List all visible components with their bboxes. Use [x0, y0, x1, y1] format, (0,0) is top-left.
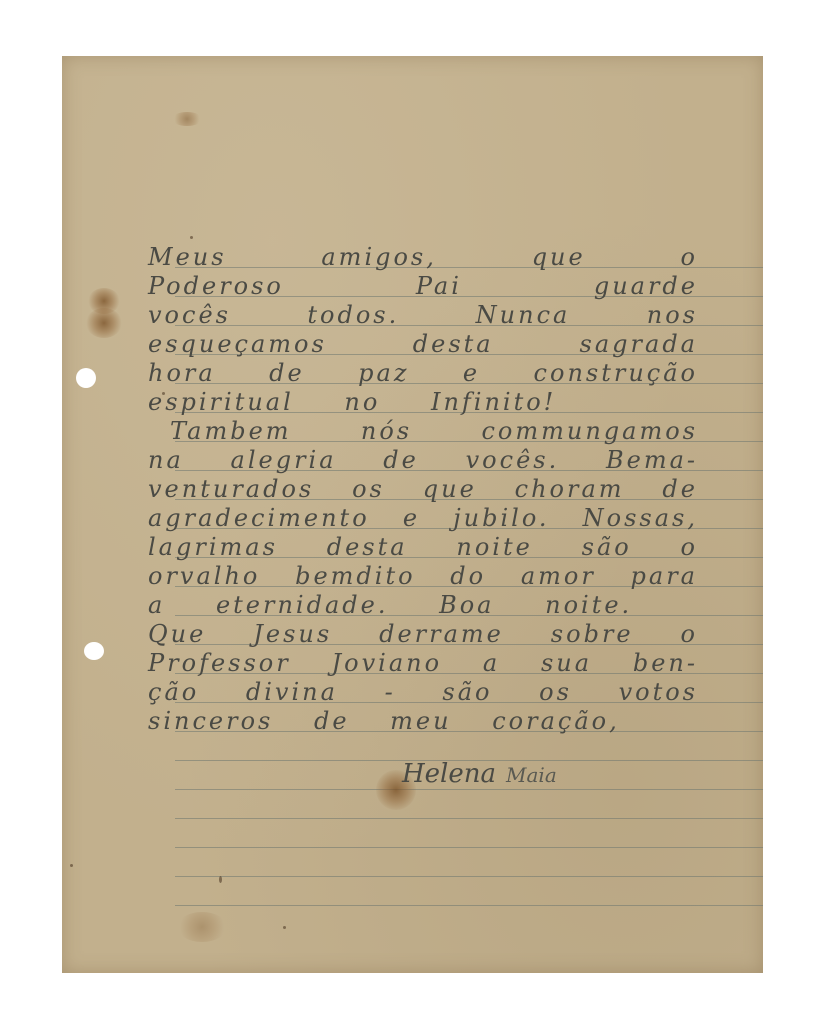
letter-line: Professor Joviano a sua ben-	[148, 651, 698, 675]
letter-line: lagrimas desta noite são o	[148, 535, 698, 559]
speck	[190, 236, 193, 239]
stain	[86, 308, 122, 338]
speck	[283, 926, 286, 929]
stain	[172, 112, 202, 126]
punch-hole-bottom	[84, 642, 104, 660]
letter-line: esqueçamos desta sagrada	[148, 332, 698, 356]
letter-line: vocês todos. Nunca nos	[148, 303, 698, 327]
letter-line: orvalho bemdito do amor para	[148, 564, 698, 588]
letter-line: hora de paz e construção	[148, 361, 698, 385]
letter-line: Meus amigos, que o	[148, 245, 698, 269]
letter-line: espiritual no Infinito!	[148, 390, 698, 414]
speck	[70, 864, 73, 867]
punch-hole-top	[76, 368, 96, 388]
letter-line: Tambem nós commungamos	[148, 419, 698, 443]
speck	[219, 876, 222, 883]
signature-last-name: Maia	[506, 763, 557, 787]
letter-line: Que Jesus derrame sobre o	[148, 622, 698, 646]
ruled-line	[175, 876, 763, 877]
signature: HelenaMaia	[402, 759, 557, 789]
ruled-line	[175, 789, 763, 790]
ruled-line	[175, 905, 763, 906]
signature-first-name: Helena	[402, 759, 496, 789]
ruled-line	[175, 847, 763, 848]
letter-line: Poderoso Pai guarde	[148, 274, 698, 298]
letter-line: ção divina - são os votos	[148, 680, 698, 704]
stain	[177, 912, 227, 942]
letter-line: na alegria de vocês. Bema-	[148, 448, 698, 472]
letter-line: sinceros de meu coração,	[148, 709, 698, 733]
letter-line: a eternidade. Boa noite.	[148, 593, 698, 617]
letter-line: venturados os que choram de	[148, 477, 698, 501]
ruled-line	[175, 818, 763, 819]
letter-line: agradecimento e jubilo. Nossas,	[148, 506, 698, 530]
